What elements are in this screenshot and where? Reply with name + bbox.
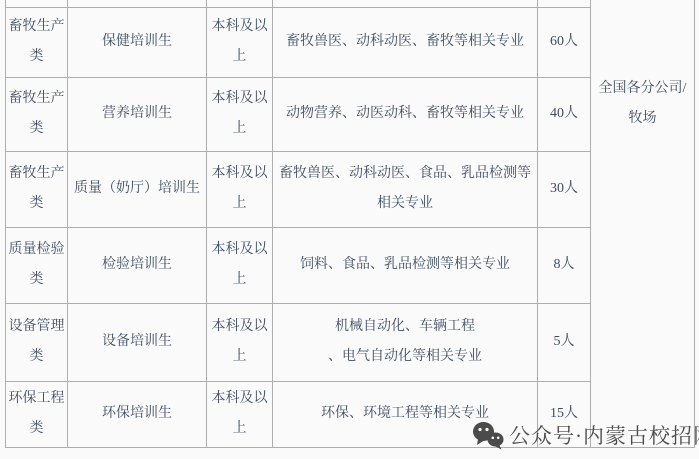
cell-education: 本科及以 上	[207, 77, 273, 151]
cell-empty	[273, 0, 538, 7]
cell-education: 本科及以 上	[207, 381, 273, 447]
cell-count: 5人	[538, 303, 591, 381]
cell-category: 畜牧生产 类	[6, 77, 68, 151]
cell-majors: 饲料、食品、乳品检测等相关专业	[273, 227, 538, 303]
cell-count: 60人	[538, 7, 591, 77]
cell-education: 本科及以 上	[207, 7, 273, 77]
watermark: 公众号·内蒙古校招网	[472, 416, 699, 454]
cell-empty	[6, 0, 68, 7]
cell-education: 本科及以 上	[207, 303, 273, 381]
cell-category: 畜牧生产 类	[6, 7, 68, 77]
cell-empty	[207, 0, 273, 7]
cell-majors: 机械自动化、车辆工程 、电气自动化等相关专业	[273, 303, 538, 381]
wechat-icon	[472, 420, 504, 450]
cell-majors: 动物营养、动医动科、畜牧等相关专业	[273, 77, 538, 151]
cell-position: 质量（奶厅）培训生	[68, 151, 207, 227]
cell-position: 保健培训生	[68, 7, 207, 77]
cell-education: 本科及以 上	[207, 151, 273, 227]
cell-position: 检验培训生	[68, 227, 207, 303]
cell-empty	[538, 0, 591, 7]
cell-count: 40人	[538, 77, 591, 151]
cell-majors: 畜牧兽医、动科动医、畜牧等相关专业	[273, 7, 538, 77]
recruitment-table: 全国各分公司/ 牧场 畜牧生产 类 保健培训生 本科及以 上 畜牧兽医、动科动医…	[5, 0, 695, 448]
cell-count: 30人	[538, 151, 591, 227]
cell-category: 环保工程 类	[6, 381, 68, 447]
cell-position: 设备培训生	[68, 303, 207, 381]
cell-category: 设备管理 类	[6, 303, 68, 381]
cell-category: 畜牧生产 类	[6, 151, 68, 227]
table-row-partial: 全国各分公司/ 牧场	[6, 0, 695, 7]
cell-education: 本科及以 上	[207, 227, 273, 303]
cell-empty	[68, 0, 207, 7]
cell-majors: 畜牧兽医、动科动医、食品、乳品检测等 相关专业	[273, 151, 538, 227]
location-text: 全国各分公司/ 牧场	[591, 74, 694, 134]
cell-count: 8人	[538, 227, 591, 303]
watermark-text: 公众号·内蒙古校招网	[509, 420, 699, 450]
cell-position: 营养培训生	[68, 77, 207, 151]
cell-category: 质量检验 类	[6, 227, 68, 303]
cell-position: 环保培训生	[68, 381, 207, 447]
cell-location-merged: 全国各分公司/ 牧场	[591, 0, 695, 447]
